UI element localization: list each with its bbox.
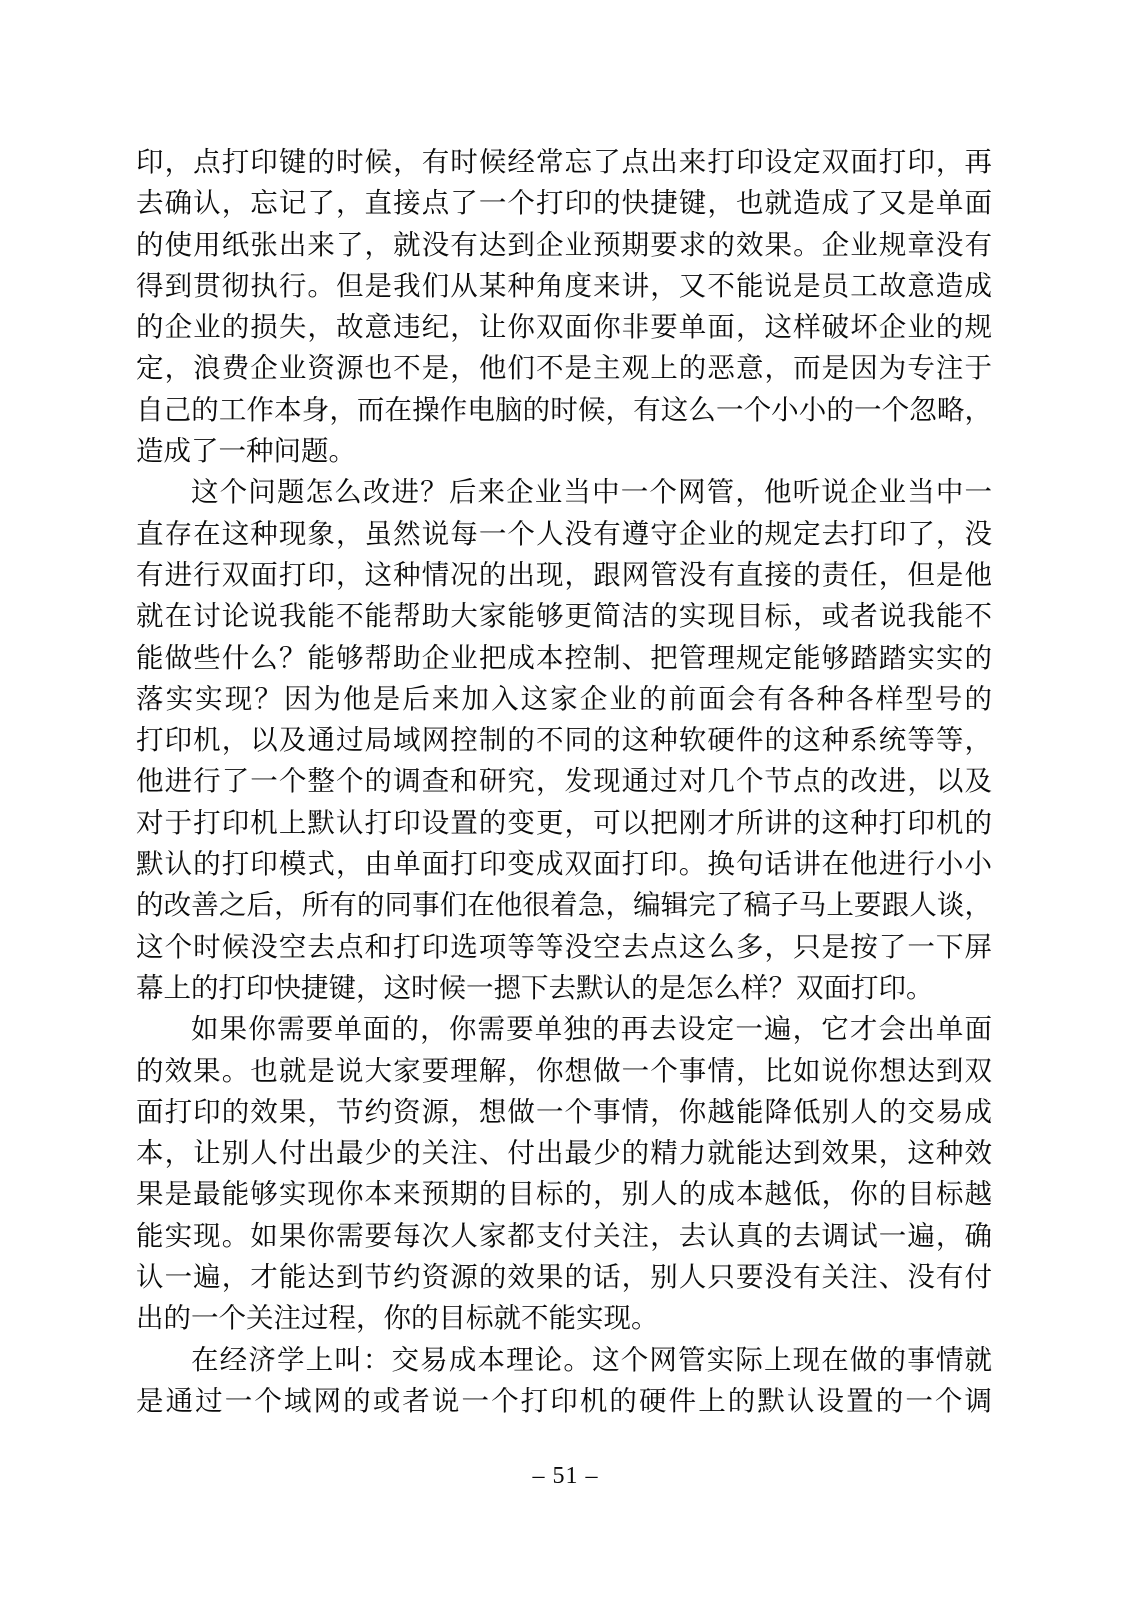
text-line: 出的一个关注过程，你的目标就不能实现。: [136, 1297, 992, 1338]
text-line: 果是最能够实现你本来预期的目标的，别人的成本越低，你的目标越: [136, 1173, 992, 1214]
text-line: 是通过一个域网的或者说一个打印机的硬件上的默认设置的一个调: [136, 1380, 992, 1421]
text-line: 去确认，忘记了，直接点了一个打印的快捷键，也就造成了又是单面: [136, 182, 992, 223]
text-line: 定，浪费企业资源也不是，他们不是主观上的恶意，而是因为专注于: [136, 347, 992, 388]
paragraph: 印，点打印键的时候，有时候经常忘了点出来打印设定双面打印，再去确认，忘记了，直接…: [136, 141, 992, 471]
text-line: 这个问题怎么改进？后来企业当中一个网管，他听说企业当中一: [136, 471, 992, 512]
text-line: 印，点打印键的时候，有时候经常忘了点出来打印设定双面打印，再: [136, 141, 992, 182]
text-line: 造成了一种问题。: [136, 430, 992, 471]
text-line: 直存在这种现象，虽然说每一个人没有遵守企业的规定去打印了，没: [136, 513, 992, 554]
paragraph: 这个问题怎么改进？后来企业当中一个网管，他听说企业当中一直存在这种现象，虽然说每…: [136, 471, 992, 1008]
text-line: 默认的打印模式，由单面打印变成双面打印。换句话讲在他进行小小: [136, 843, 992, 884]
text-line: 能实现。如果你需要每次人家都支付关注，去认真的去调试一遍，确: [136, 1215, 992, 1256]
text-line: 认一遍，才能达到节约资源的效果的话，别人只要没有关注、没有付: [136, 1256, 992, 1297]
text-line: 对于打印机上默认打印设置的变更，可以把刚才所讲的这种打印机的: [136, 802, 992, 843]
text-line: 的企业的损失，故意违纪，让你双面你非要单面，这样破坏企业的规: [136, 306, 992, 347]
text-line: 在经济学上叫：交易成本理论。这个网管实际上现在做的事情就: [136, 1339, 992, 1380]
text-line: 自己的工作本身，而在操作电脑的时候，有这么一个小小的一个忽略，: [136, 389, 992, 430]
text-line: 的使用纸张出来了，就没有达到企业预期要求的效果。企业规章没有: [136, 224, 992, 265]
text-line: 的效果。也就是说大家要理解，你想做一个事情，比如说你想达到双: [136, 1050, 992, 1091]
paragraph: 如果你需要单面的，你需要单独的再去设定一遍，它才会出单面的效果。也就是说大家要理…: [136, 1008, 992, 1338]
document-page: 印，点打印键的时候，有时候经常忘了点出来打印设定双面打印，再去确认，忘记了，直接…: [0, 0, 1131, 1600]
text-line: 能做些什么？能够帮助企业把成本控制、把管理规定能够踏踏实实的: [136, 637, 992, 678]
text-line: 他进行了一个整个的调查和研究，发现通过对几个节点的改进，以及: [136, 760, 992, 801]
text-line: 落实实现？因为他是后来加入这家企业的前面会有各种各样型号的: [136, 678, 992, 719]
text-line: 打印机，以及通过局域网控制的不同的这种软硬件的这种系统等等，: [136, 719, 992, 760]
page-number: – 51 –: [533, 1463, 599, 1489]
text-line: 的改善之后，所有的同事们在他很着急，编辑完了稿子马上要跟人谈，: [136, 884, 992, 925]
text-line: 这个时候没空去点和打印选项等等没空去点这么多，只是按了一下屏: [136, 926, 992, 967]
text-line: 幕上的打印快捷键，这时候一摁下去默认的是怎么样？双面打印。: [136, 967, 992, 1008]
text-line: 如果你需要单面的，你需要单独的再去设定一遍，它才会出单面: [136, 1008, 992, 1049]
text-line: 得到贯彻执行。但是我们从某种角度来讲，又不能说是员工故意造成: [136, 265, 992, 306]
page-footer: – 51 –: [0, 1463, 1131, 1490]
page-body: 印，点打印键的时候，有时候经常忘了点出来打印设定双面打印，再去确认，忘记了，直接…: [136, 141, 992, 1421]
text-line: 就在讨论说我能不能帮助大家能够更简洁的实现目标，或者说我能不: [136, 595, 992, 636]
text-line: 面打印的效果，节约资源，想做一个事情，你越能降低别人的交易成: [136, 1091, 992, 1132]
text-line: 有进行双面打印，这种情况的出现，跟网管没有直接的责任，但是他: [136, 554, 992, 595]
paragraph: 在经济学上叫：交易成本理论。这个网管实际上现在做的事情就是通过一个域网的或者说一…: [136, 1339, 992, 1422]
text-line: 本，让别人付出最少的关注、付出最少的精力就能达到效果，这种效: [136, 1132, 992, 1173]
